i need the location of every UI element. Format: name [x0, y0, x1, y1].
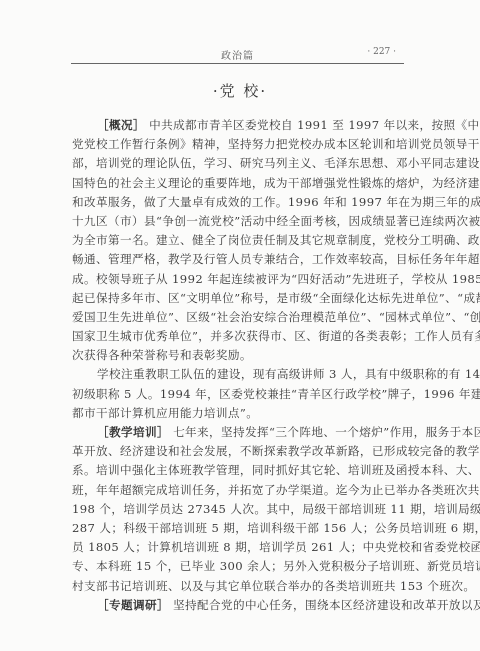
text-line: 初级职称 5 人。1994 年，区委党校兼挂“青羊区行政学校”牌子，1996 年…: [72, 385, 405, 404]
text-line: 系。培训中强化主体班教学管理，同时抓好其它轮、培训班及函授本科、大、中专: [72, 461, 405, 480]
running-header: 政治篇 · 227 ·: [71, 47, 404, 63]
body-text: ［概况］ 中共成都市青羊区委党校自 1991 至 1997 年以来，按照《中国共…: [72, 116, 405, 615]
section-heading-overview: ［概况］: [97, 118, 145, 132]
chapter-title: ·党 校·: [0, 80, 480, 101]
text-line: 国家卫生城市优秀单位”，并多次获得市、区、街道的各类表彰；工作人员有多人: [72, 327, 405, 346]
paragraph-staff: 学校注重教职工队伍的建设，现有高级讲师 3 人，具有中级职称的有 14 人， 初…: [72, 365, 405, 423]
text-line: 爱国卫生先进单位”、区级“社会治安综合治理模范单位”、“园林式单位”、“创建: [72, 308, 405, 327]
text-line: 都市干部计算机应用能力培训点”。: [72, 404, 405, 423]
text-line: ［教学培训］ 七年来，坚持发挥“三个阵地、一个熔炉”作用，服务于本区改: [72, 423, 405, 442]
text-line: 员 1805 人；计算机培训班 8 期，培训学员 261 人；中央党校和省委党校…: [72, 538, 405, 557]
text-line: 成。校领导班子从 1992 年起连续被评为“四好活动”先进班子，学校从 1985…: [72, 270, 405, 289]
text-line: 学校注重教职工队伍的建设，现有高级讲师 3 人，具有中级职称的有 14 人，: [72, 365, 405, 384]
section-name: 政治篇: [71, 47, 404, 62]
paragraph-teaching-training: ［教学培训］ 七年来，坚持发挥“三个阵地、一个熔炉”作用，服务于本区改 革开放、…: [72, 423, 405, 596]
text-line: 次获得各种荣誉称号和表彰奖励。: [72, 346, 405, 365]
text-line: 部，培训党的理论队伍，学习、研究马列主义、毛泽东思想、邓小平同志建设有中: [72, 154, 405, 173]
text-line: ［专题调研］ 坚持配合党的中心任务，围绕本区经济建设和改革开放以及: [72, 596, 405, 615]
text-line: 专、本科班 15 个，已毕业 300 余人；另外入党积极分子培训班、新党员培训班…: [72, 557, 405, 576]
text-line: 十九区（市）县“争创一流党校”活动中经全面考核，因成绩显著已连续两次被评: [72, 212, 405, 231]
text-line: 革开放、经济建设和社会发展，不断探索教学改革新路，已形成较完备的教学体: [72, 442, 405, 461]
text-line: 国特色的社会主义理论的重要阵地，成为干部增强党性锻炼的熔炉，为经济建设: [72, 174, 405, 193]
paragraph-overview: ［概况］ 中共成都市青羊区委党校自 1991 至 1997 年以来，按照《中国共…: [72, 116, 405, 365]
page-number: · 227 ·: [367, 47, 396, 57]
text-line: ［概况］ 中共成都市青羊区委党校自 1991 至 1997 年以来，按照《中国共…: [72, 116, 405, 135]
text-line: 287 人；科级干部培训班 5 期，培训科级干部 156 人；公务员培训班 6 …: [72, 519, 405, 538]
text-line: 畅通、管理严格，教学及行管人员专兼结合，工作效率较高，目标任务年年超额完: [72, 250, 405, 269]
text-line: 党党校工作暂行条例》精神，坚持努力把党校办成本区轮训和培训党员领导干: [72, 135, 405, 154]
text-line: 起已保持多年市、区“文明单位”称号，是市级“全面绿化达标先进单位”、“成都市: [72, 289, 405, 308]
section-heading-teaching: ［教学培训］: [97, 425, 169, 439]
text-line: 198 个，培训学员达 27345 人次。其中，局级干部培训班 11 期，培训局…: [72, 500, 405, 519]
text-line: 村支部书记培训班、以及与其它单位联合举办的各类培训班共 153 个班次。: [72, 577, 405, 596]
section-heading-research: ［专题调研］: [97, 598, 169, 612]
paragraph-research: ［专题调研］ 坚持配合党的中心任务，围绕本区经济建设和改革开放以及: [72, 596, 405, 615]
text-line: 班，年年超额完成培训任务，并拓宽了办学渠道。迄今为止已举办各类班次共: [72, 481, 405, 500]
header-rule: [71, 63, 404, 64]
text-line: 和改革服务，做了大量卓有成效的工作。1996 年和 1997 年在为期三年的成都…: [72, 193, 405, 212]
text-line: 为全市第一名。建立、健全了岗位责任制及其它规章制度，党校分工明确、政令: [72, 231, 405, 250]
